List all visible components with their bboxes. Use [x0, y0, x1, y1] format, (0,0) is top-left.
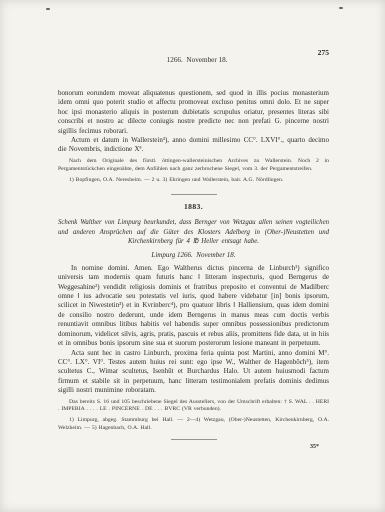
running-header: 1266. November 18. 275 [58, 48, 329, 80]
previous-entry-actum: Actum et datum in Wallerstein³), anno do… [58, 136, 329, 155]
scan-artifact [46, 8, 50, 10]
entry-number: 1883. [58, 202, 329, 211]
previous-entry-source-note: Nach dem Originale des fürstl. öttingen-… [58, 158, 329, 173]
page-number: 275 [318, 48, 329, 57]
running-head-date: 1266. November 18. [167, 56, 228, 64]
entry-text-paragraph-2: Acta sunt hec in castro Linburch, proxim… [58, 349, 329, 396]
entry-separator-rule [171, 194, 217, 195]
sheet-signature: 35* [58, 444, 329, 450]
page-bottom-rule [171, 439, 217, 440]
entry-text-paragraph-1: In nomine domini. Amen. Ego Waltherus di… [58, 264, 329, 349]
entry-dateline: Limpurg 1266. November 18. [58, 251, 329, 259]
scanned-book-page: 1266. November 18. 275 bonorum eorundem … [0, 0, 385, 512]
scan-artifact [339, 7, 343, 9]
entry-footnotes: 1) Limpurg, abgeg. Stammburg bei Hall. —… [58, 417, 329, 432]
previous-entry-footnotes: 1) Bopfingen, O.A. Neresheim. — 2 u. 3) … [58, 177, 329, 184]
previous-entry-text-end: bonorum eorundem moveat aliquatenus ques… [58, 89, 329, 136]
entry-regest: Schenk Walther von Limpurg beurkundet, d… [58, 218, 329, 247]
entry-seal-note: Das bereits S. 16 und 105 beschriebene S… [58, 399, 329, 414]
